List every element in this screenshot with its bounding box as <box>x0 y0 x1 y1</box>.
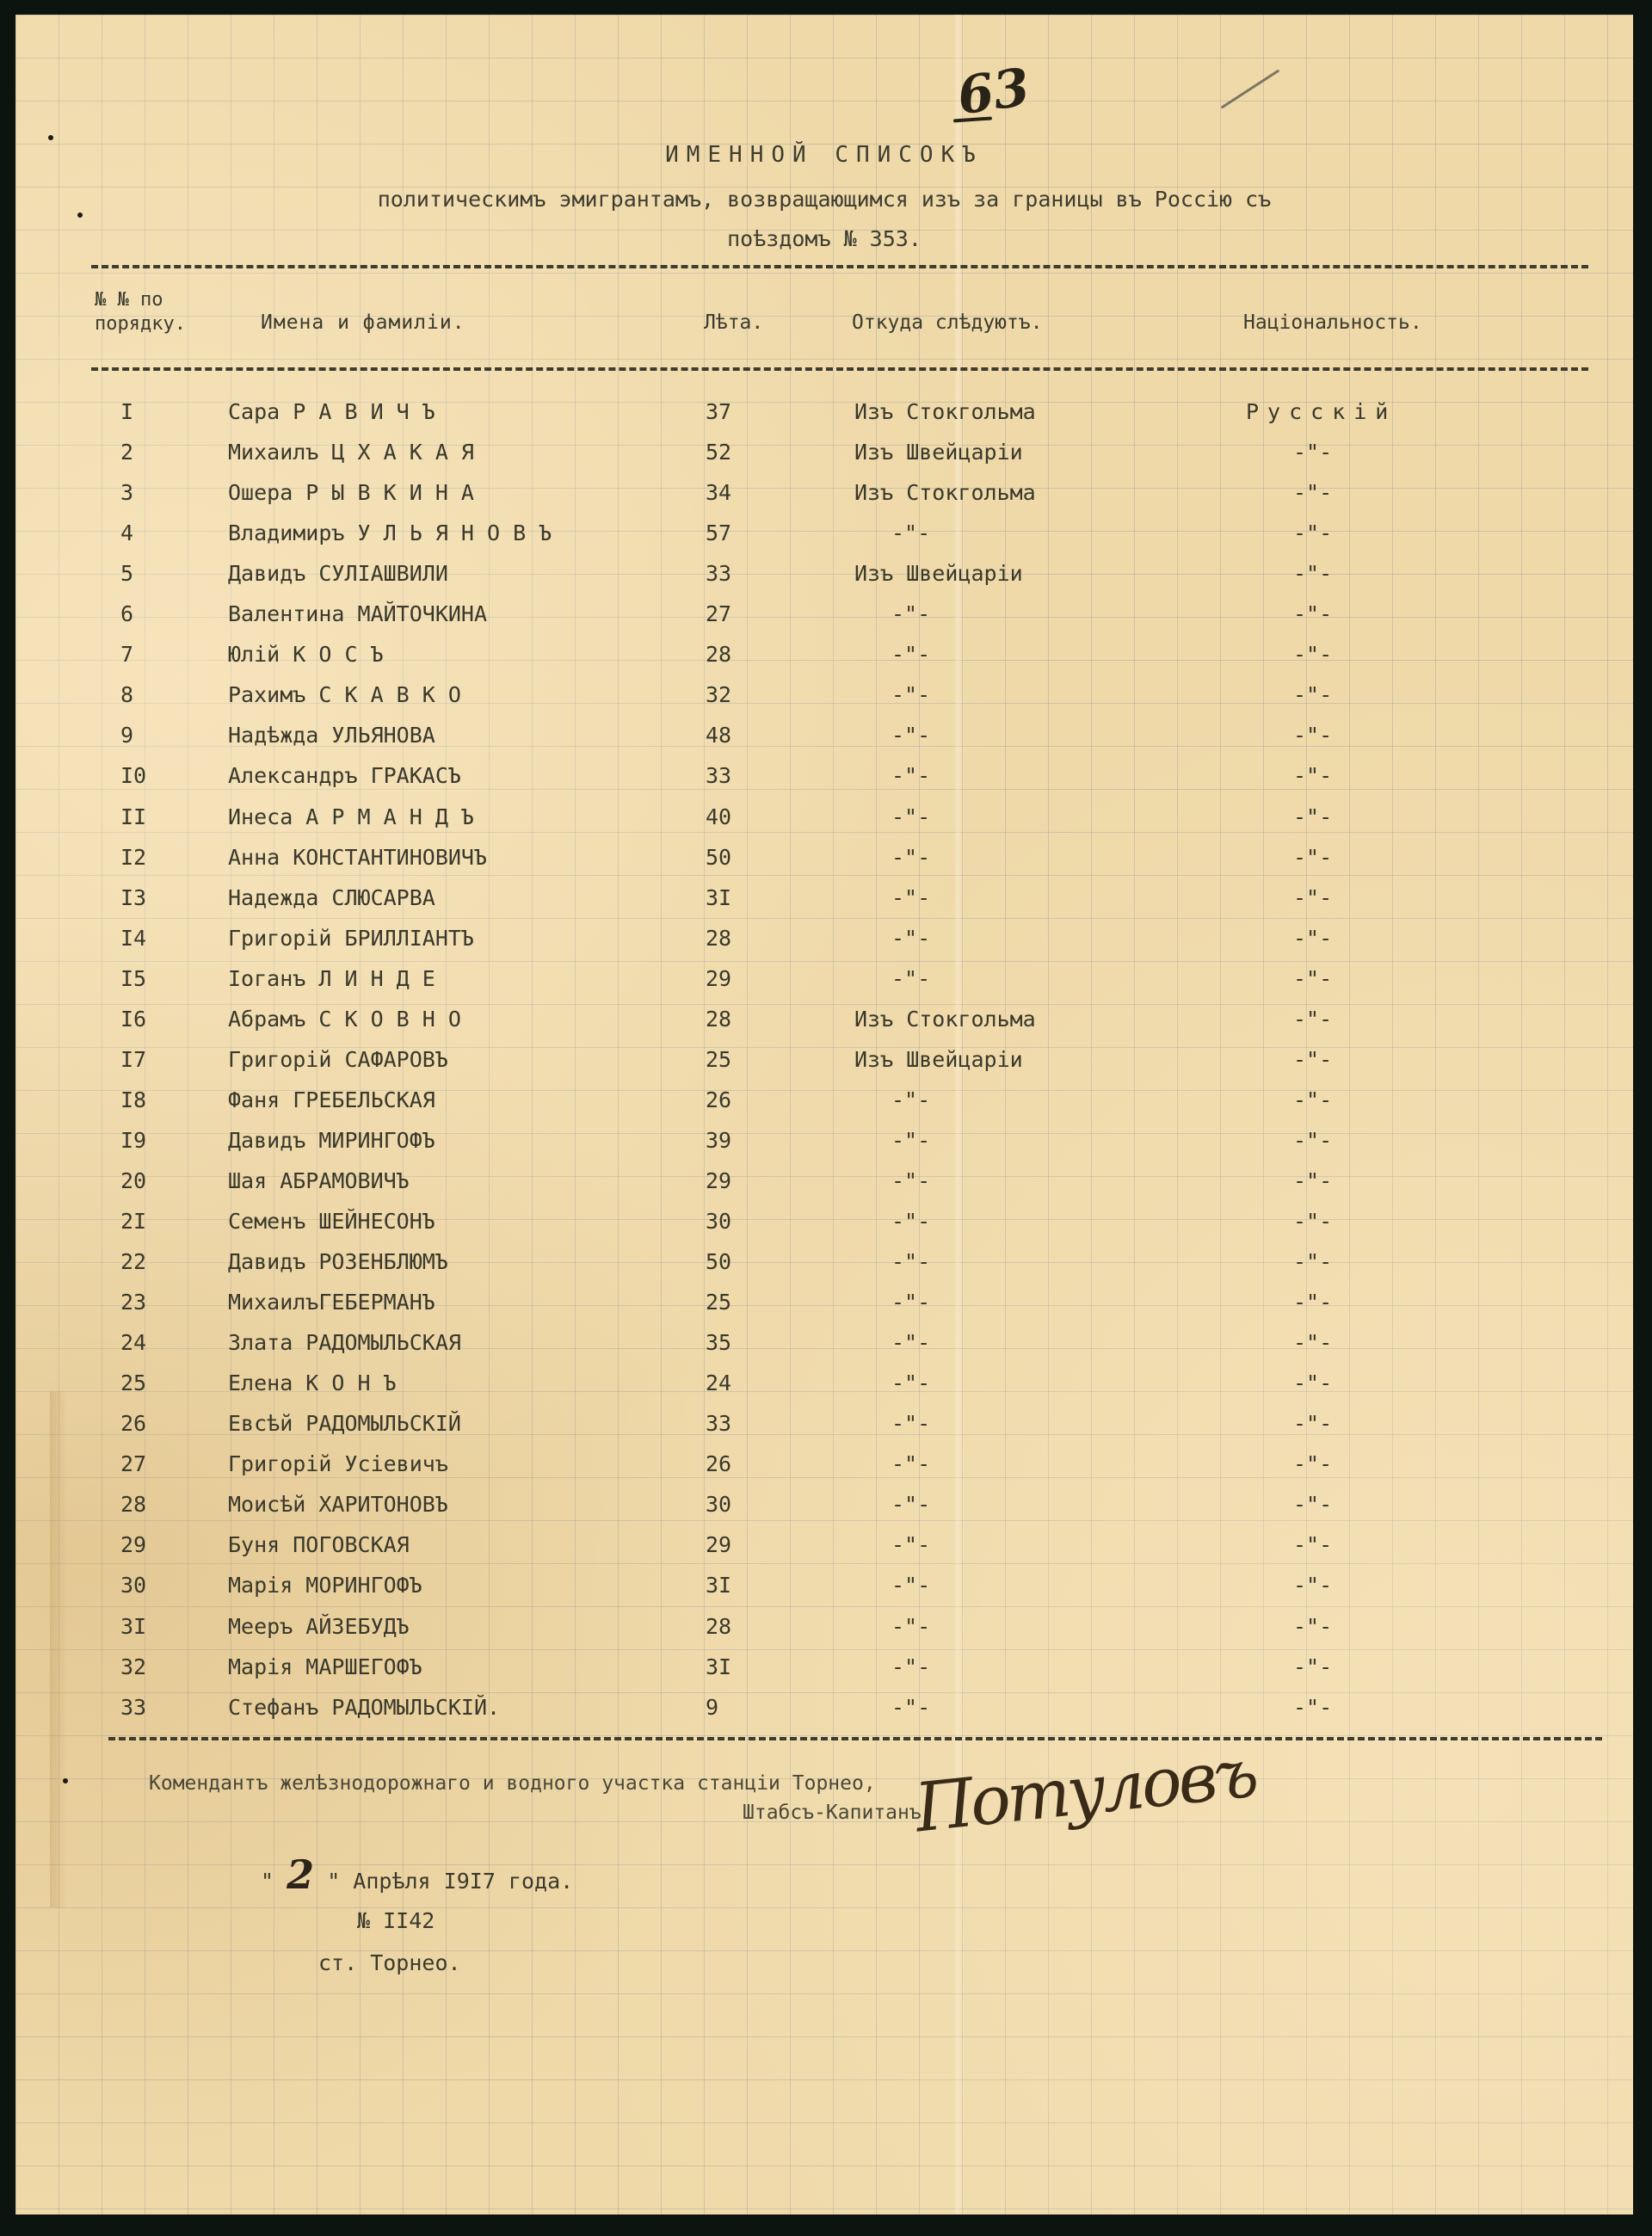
list-row: I3Надежда СЛЮСАРВА3I-"--"- <box>15 885 1633 920</box>
train-number: поѣздомъ № 353. <box>15 226 1633 251</box>
row-name: Александръ ГРАКАСЪ <box>228 763 461 788</box>
column-header-nationality: Нацiональность. <box>1243 311 1422 334</box>
list-row: I4Григорiй БРИЛЛIАНТЪ28-"--"- <box>15 926 1633 960</box>
list-row: IIИнеса А Р М А Н Д Ъ40-"--"- <box>15 804 1633 839</box>
list-row: I7Григорiй САФАРОВЪ25Изъ Швейцарiи-"- <box>15 1047 1633 1081</box>
row-nationality: -"- <box>1293 1168 1332 1193</box>
pin-hole <box>77 213 83 218</box>
row-age: 50 <box>706 1249 731 1274</box>
list-row: 20Шая АБРАМОВИЧЪ29-"--"- <box>15 1168 1633 1203</box>
row-number: I0 <box>120 763 146 788</box>
row-number: I7 <box>120 1047 146 1072</box>
row-nationality: -"- <box>1293 1695 1332 1720</box>
row-number: 9 <box>120 723 133 748</box>
row-origin: -"- <box>891 1168 930 1193</box>
row-nationality: -"- <box>1293 642 1332 667</box>
row-number: 27 <box>120 1451 146 1476</box>
row-origin: -"- <box>891 682 930 707</box>
row-nationality: -"- <box>1293 763 1332 788</box>
row-age: 3I <box>706 885 731 910</box>
row-age: 30 <box>706 1209 731 1234</box>
row-name: Рахимъ С К А В К О <box>228 682 461 707</box>
pin-hole <box>48 135 53 140</box>
column-header-number: № № по порядку. <box>95 288 198 336</box>
row-origin: Изъ Стокгольма <box>854 399 1036 424</box>
list-row: I0Александръ ГРАКАСЪ33-"--"- <box>15 763 1633 798</box>
row-name: Давидъ РОЗЕНБЛЮМЪ <box>228 1249 448 1274</box>
row-origin: -"- <box>891 926 930 951</box>
list-row: 23МихаилъГЕБЕРМАНЪ25-"--"- <box>15 1290 1633 1324</box>
row-age: 29 <box>706 966 731 991</box>
row-nationality: -"- <box>1293 1249 1332 1274</box>
row-age: 26 <box>706 1087 731 1112</box>
pin-hole <box>63 1778 68 1783</box>
station-name: ст. Торнео. <box>318 1950 461 1975</box>
row-name: Валентина МАЙТОЧКИНА <box>228 601 487 626</box>
column-header-origin: Откуда слѣдуютъ. <box>852 311 1043 334</box>
list-row: 28Моисѣй ХАРИТОНОВЪ30-"--"- <box>15 1492 1633 1526</box>
row-origin: -"- <box>891 804 930 829</box>
row-nationality: -"- <box>1293 1654 1332 1679</box>
row-nationality: -"- <box>1293 1371 1332 1395</box>
row-origin: -"- <box>891 1532 930 1557</box>
row-nationality: -"- <box>1293 723 1332 748</box>
row-nationality: -"- <box>1293 1411 1332 1436</box>
list-row: 2Михаилъ Ц Х А К А Я52Изъ Швейцарiи-"- <box>15 440 1633 474</box>
row-nationality: -"- <box>1293 682 1332 707</box>
row-number: 24 <box>120 1330 146 1355</box>
row-origin: -"- <box>891 1492 930 1517</box>
row-name: Надѣжда УЛЬЯНОВА <box>228 723 435 748</box>
date-month-year: " Апрѣля I9I7 года. <box>327 1869 573 1894</box>
row-name: Анна КОНСТАНТИНОВИЧЪ <box>228 845 487 870</box>
row-name: Инеса А Р М А Н Д Ъ <box>228 804 474 829</box>
row-age: 25 <box>706 1047 731 1072</box>
folio-number: 63 <box>954 58 1033 127</box>
list-row: 8Рахимъ С К А В К О32-"--"- <box>15 682 1633 717</box>
row-age: 29 <box>706 1168 731 1193</box>
row-nationality: -"- <box>1293 1209 1332 1234</box>
row-nationality: Русскiй <box>1246 399 1396 424</box>
row-number: I4 <box>120 926 146 951</box>
row-origin: -"- <box>891 1573 930 1598</box>
list-row: 29Буня ПОГОВСКАЯ29-"--"- <box>15 1532 1633 1567</box>
row-name: Владимиръ У Л Ь Я Н О В Ъ <box>228 521 552 545</box>
row-age: 33 <box>706 561 731 586</box>
row-origin: -"- <box>891 642 930 667</box>
list-row: 4Владимиръ У Л Ь Я Н О В Ъ57-"--"- <box>15 521 1633 555</box>
row-origin: -"- <box>891 1087 930 1112</box>
row-age: 33 <box>706 1411 731 1436</box>
row-nationality: -"- <box>1293 845 1332 870</box>
row-age: 35 <box>706 1330 731 1355</box>
row-age: 40 <box>706 804 731 829</box>
row-age: 50 <box>706 845 731 870</box>
row-name: МихаилъГЕБЕРМАНЪ <box>228 1290 435 1315</box>
row-name: Надежда СЛЮСАРВА <box>228 885 435 910</box>
row-age: 26 <box>706 1451 731 1476</box>
row-nationality: -"- <box>1293 804 1332 829</box>
row-origin: -"- <box>891 1695 930 1720</box>
row-nationality: -"- <box>1293 601 1332 626</box>
row-name: Евсѣй РАДОМЫЛЬСКIЙ <box>228 1411 461 1436</box>
row-origin: Изъ Швейцарiи <box>854 1047 1023 1072</box>
document-number: № II42 <box>357 1908 435 1933</box>
column-header-age: Лѣта. <box>704 311 763 334</box>
row-number: 20 <box>120 1168 146 1193</box>
list-row: 30Марiя МОРИНГОФЪ3I-"--"- <box>15 1573 1633 1607</box>
row-name: Михаилъ Ц Х А К А Я <box>228 440 474 465</box>
row-age: 30 <box>706 1492 731 1517</box>
row-age: 25 <box>706 1290 731 1315</box>
row-origin: -"- <box>891 1371 930 1395</box>
row-number: 23 <box>120 1290 146 1315</box>
row-number: I8 <box>120 1087 146 1112</box>
row-name: Марiя МОРИНГОФЪ <box>228 1573 422 1598</box>
row-number: I3 <box>120 885 146 910</box>
row-number: 25 <box>120 1371 146 1395</box>
row-number: 5 <box>120 561 133 586</box>
row-age: 57 <box>706 521 731 545</box>
handwritten-signature: Потуловъ <box>911 1735 1258 1848</box>
row-name: Стефанъ РАДОМЫЛЬСКIЙ. <box>228 1695 500 1720</box>
row-origin: Изъ Швейцарiи <box>854 561 1023 586</box>
row-name: Григорiй Усiевичъ <box>228 1451 448 1476</box>
row-number: 28 <box>120 1492 146 1517</box>
commandant-title: Комендантъ желѣзнодорожнаго и водного уч… <box>149 1772 876 1795</box>
row-origin: -"- <box>891 1330 930 1355</box>
row-origin: -"- <box>891 1128 930 1153</box>
row-nationality: -"- <box>1293 966 1332 991</box>
row-nationality: -"- <box>1293 1451 1332 1476</box>
row-origin: -"- <box>891 1209 930 1234</box>
row-name: Мееръ АЙЗЕБУДЪ <box>228 1614 410 1639</box>
row-nationality: -"- <box>1293 1573 1332 1598</box>
list-row: I8Фаня ГРЕБЕЛЬСКАЯ26-"--"- <box>15 1087 1633 1122</box>
row-name: Буня ПОГОВСКАЯ <box>228 1532 410 1557</box>
row-age: 29 <box>706 1532 731 1557</box>
row-nationality: -"- <box>1293 1614 1332 1639</box>
row-number: 26 <box>120 1411 146 1436</box>
list-row: 22Давидъ РОЗЕНБЛЮМЪ50-"--"- <box>15 1249 1633 1284</box>
row-number: 33 <box>120 1695 146 1720</box>
row-origin: -"- <box>891 1654 930 1679</box>
list-row: 24Злата РАДОМЫЛЬСКАЯ35-"--"- <box>15 1330 1633 1364</box>
list-row: 3Ошера Р Ы В К И Н А34Изъ Стокгольма-"- <box>15 480 1633 514</box>
row-name: Марiя МАРШЕГОФЪ <box>228 1654 422 1679</box>
row-origin: Изъ Стокгольма <box>854 1007 1036 1032</box>
row-nationality: -"- <box>1293 1532 1332 1557</box>
row-origin: Изъ Швейцарiи <box>854 440 1023 465</box>
header-bottom-rule <box>91 367 1588 371</box>
row-number: 30 <box>120 1573 146 1598</box>
row-origin: -"- <box>891 966 930 991</box>
document-subtitle: политическимъ эмигрантамъ, возвращающимс… <box>15 187 1633 212</box>
list-row: IСара Р А В И Ч Ъ37Изъ СтокгольмаРусскiй <box>15 399 1633 434</box>
row-number: II <box>120 804 146 829</box>
row-number: 2I <box>120 1209 146 1234</box>
row-name: Григорiй САФАРОВЪ <box>228 1047 448 1072</box>
row-origin: -"- <box>891 1290 930 1315</box>
row-age: 33 <box>706 763 731 788</box>
row-nationality: -"- <box>1293 1290 1332 1315</box>
list-row: I5Iоганъ Л И Н Д Е29-"--"- <box>15 966 1633 1001</box>
list-row: 25Елена К О Н Ъ24-"--"- <box>15 1371 1633 1405</box>
row-name: Сара Р А В И Ч Ъ <box>228 399 435 424</box>
row-age: 34 <box>706 480 731 505</box>
row-origin: -"- <box>891 723 930 748</box>
document-date: " 2 " Апрѣля I9I7 года. <box>261 1851 573 1898</box>
header-top-rule <box>91 265 1588 268</box>
date-open-quote: " <box>261 1869 274 1894</box>
row-nationality: -"- <box>1293 926 1332 951</box>
list-row: I2Анна КОНСТАНТИНОВИЧЪ50-"--"- <box>15 845 1633 879</box>
row-name: Моисѣй ХАРИТОНОВЪ <box>228 1492 448 1517</box>
row-nationality: -"- <box>1293 440 1332 465</box>
list-row: 32Марiя МАРШЕГОФЪ3I-"--"- <box>15 1654 1633 1689</box>
row-number: 29 <box>120 1532 146 1557</box>
row-number: 7 <box>120 642 133 667</box>
row-name: Фаня ГРЕБЕЛЬСКАЯ <box>228 1087 435 1112</box>
row-name: Ошера Р Ы В К И Н А <box>228 480 474 505</box>
row-name: Давидъ МИРИНГОФЪ <box>228 1128 435 1153</box>
row-nationality: -"- <box>1293 1492 1332 1517</box>
row-name: Елена К О Н Ъ <box>228 1371 397 1395</box>
row-origin: -"- <box>891 885 930 910</box>
row-origin: -"- <box>891 521 930 545</box>
row-number: 3I <box>120 1614 146 1639</box>
row-number: I9 <box>120 1128 146 1153</box>
row-name: Юлiй К О С Ъ <box>228 642 384 667</box>
list-row: I6Абрамъ С К О В Н О28Изъ Стокгольма-"- <box>15 1007 1633 1041</box>
list-row: 3IМееръ АЙЗЕБУДЪ28-"--"- <box>15 1614 1633 1648</box>
row-nationality: -"- <box>1293 1007 1332 1032</box>
list-row: 9Надѣжда УЛЬЯНОВА48-"--"- <box>15 723 1633 757</box>
row-name: Семенъ ШЕЙНЕСОНЪ <box>228 1209 435 1234</box>
row-name: Шая АБРАМОВИЧЪ <box>228 1168 410 1193</box>
row-origin: -"- <box>891 845 930 870</box>
row-origin: -"- <box>891 1411 930 1436</box>
row-age: 9 <box>706 1695 718 1720</box>
row-age: 24 <box>706 1371 731 1395</box>
row-nationality: -"- <box>1293 480 1332 505</box>
list-row: 7Юлiй К О С Ъ28-"--"- <box>15 642 1633 676</box>
row-nationality: -"- <box>1293 1087 1332 1112</box>
row-name: Iоганъ Л И Н Д Е <box>228 966 435 991</box>
row-name: Злата РАДОМЫЛЬСКАЯ <box>228 1330 461 1355</box>
row-age: 28 <box>706 1007 731 1032</box>
row-number: I <box>120 399 133 424</box>
row-age: 3I <box>706 1573 731 1598</box>
signatory-rank: Штабсъ-Капитанъ <box>743 1802 922 1824</box>
row-nationality: -"- <box>1293 561 1332 586</box>
document-page: 63 ИМЕННОЙ СПИСОКЪ политическимъ эмигран… <box>15 15 1633 2214</box>
row-age: 28 <box>706 642 731 667</box>
row-nationality: -"- <box>1293 1128 1332 1153</box>
list-row: 6Валентина МАЙТОЧКИНА27-"--"- <box>15 601 1633 636</box>
document-title: ИМЕННОЙ СПИСОКЪ <box>15 142 1633 168</box>
list-row: 33Стефанъ РАДОМЫЛЬСКIЙ.9-"--"- <box>15 1695 1633 1729</box>
row-origin: Изъ Стокгольма <box>854 480 1036 505</box>
row-age: 48 <box>706 723 731 748</box>
list-row: 26Евсѣй РАДОМЫЛЬСКIЙ33-"--"- <box>15 1411 1633 1445</box>
row-age: 32 <box>706 682 731 707</box>
list-row: 5Давидъ СУЛIАШВИЛИ33Изъ Швейцарiи-"- <box>15 561 1633 595</box>
row-age: 37 <box>706 399 731 424</box>
row-origin: -"- <box>891 601 930 626</box>
list-row: 27Григорiй Усiевичъ26-"--"- <box>15 1451 1633 1486</box>
row-number: 8 <box>120 682 133 707</box>
row-number: 6 <box>120 601 133 626</box>
row-age: 28 <box>706 1614 731 1639</box>
row-nationality: -"- <box>1293 521 1332 545</box>
row-name: Давидъ СУЛIАШВИЛИ <box>228 561 448 586</box>
row-age: 52 <box>706 440 731 465</box>
row-nationality: -"- <box>1293 1047 1332 1072</box>
row-nationality: -"- <box>1293 1330 1332 1355</box>
row-origin: -"- <box>891 763 930 788</box>
row-number: I5 <box>120 966 146 991</box>
row-number: 22 <box>120 1249 146 1274</box>
footer-rule <box>108 1737 1602 1740</box>
row-number: 4 <box>120 521 133 545</box>
pencil-mark <box>1221 69 1280 108</box>
column-header-name: Имена и фамилiи. <box>261 311 465 334</box>
list-row: 2IСеменъ ШЕЙНЕСОНЪ30-"--"- <box>15 1209 1633 1243</box>
row-age: 3I <box>706 1654 731 1679</box>
date-day-handwritten: 2 <box>287 1851 314 1898</box>
row-number: I6 <box>120 1007 146 1032</box>
row-origin: -"- <box>891 1614 930 1639</box>
row-name: Абрамъ С К О В Н О <box>228 1007 461 1032</box>
row-number: 32 <box>120 1654 146 1679</box>
row-number: 3 <box>120 480 133 505</box>
row-number: 2 <box>120 440 133 465</box>
row-nationality: -"- <box>1293 885 1332 910</box>
row-age: 27 <box>706 601 731 626</box>
row-origin: -"- <box>891 1451 930 1476</box>
row-age: 28 <box>706 926 731 951</box>
list-row: I9Давидъ МИРИНГОФЪ39-"--"- <box>15 1128 1633 1162</box>
row-name: Григорiй БРИЛЛIАНТЪ <box>228 926 474 951</box>
row-age: 39 <box>706 1128 731 1153</box>
row-origin: -"- <box>891 1249 930 1274</box>
row-number: I2 <box>120 845 146 870</box>
